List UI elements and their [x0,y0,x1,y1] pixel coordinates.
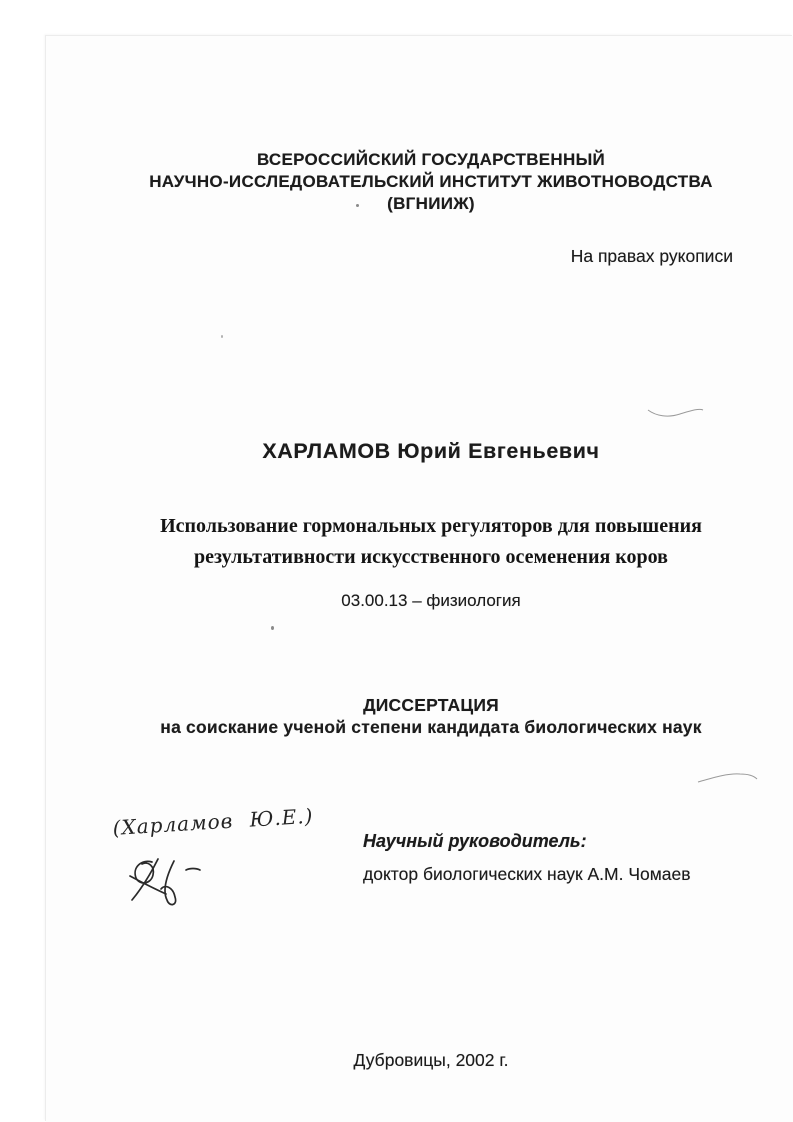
scan-artifact-curve-upper [648,409,703,416]
scan-artifact-strokes [0,0,793,1122]
scan-speck-tick [271,626,274,630]
scan-artifact-curve-lower [698,774,757,782]
scan-speck-dot [356,204,359,207]
scan-speck-faint [221,335,223,338]
scanned-title-page: ВСЕРОССИЙСКИЙ ГОСУДАРСТВЕННЫЙ НАУЧНО-ИСС… [0,0,793,1122]
